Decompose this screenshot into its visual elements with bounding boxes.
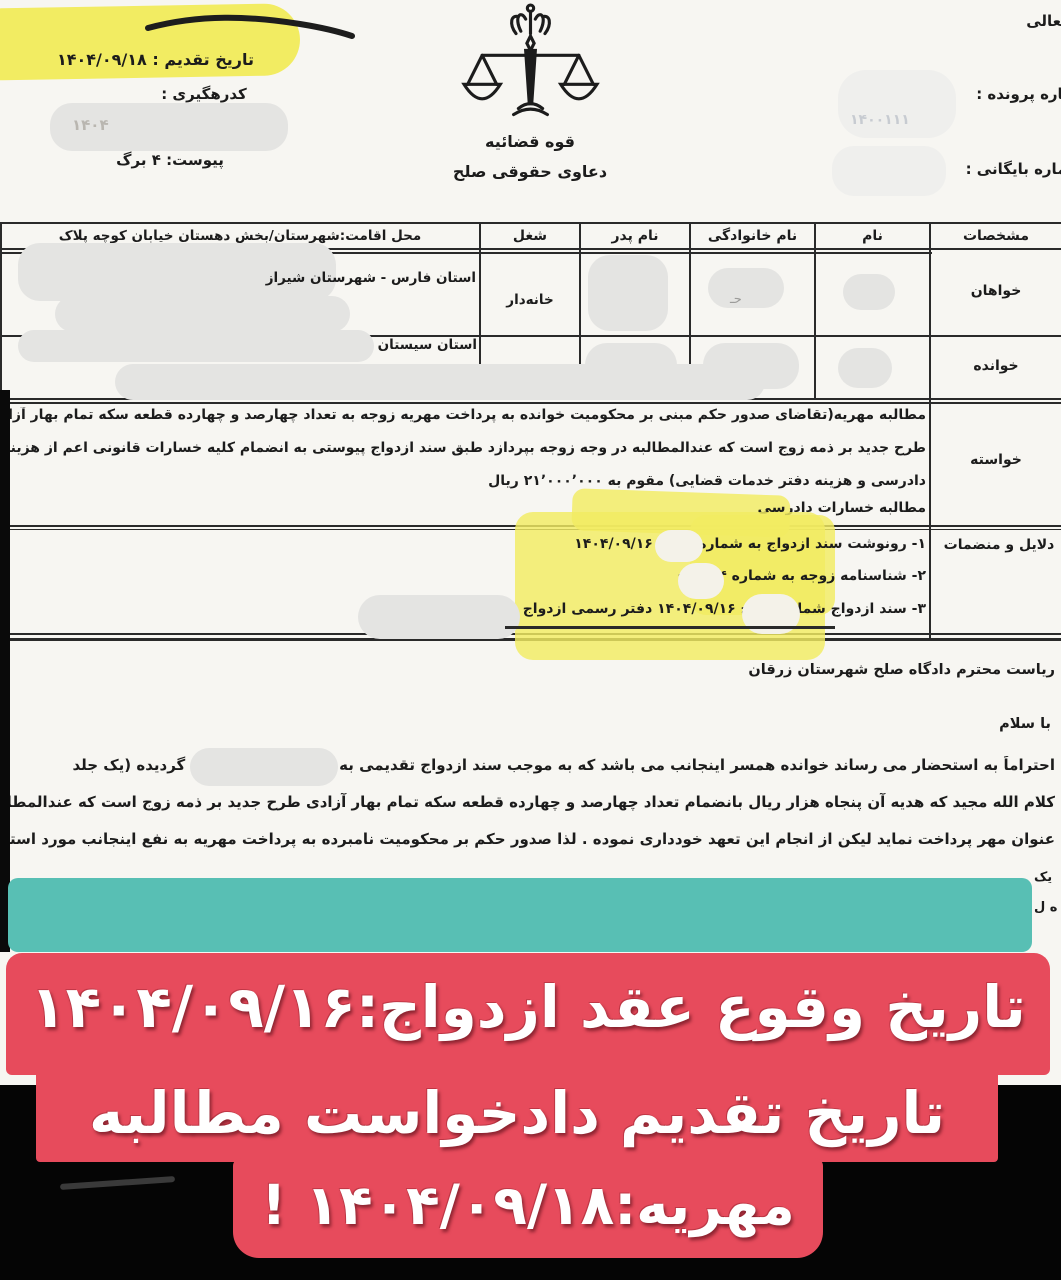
evidence-item-2: ۲- شناسنامه زوجه به شماره ۴ مورخ	[8, 568, 926, 584]
plaintiff-address-redaction-2	[55, 296, 350, 332]
plaintiff-name-redaction	[843, 274, 895, 310]
defendant-address-redaction-2	[115, 364, 765, 400]
claim-line-1: مطالبه مهریه(تقاضای صدور حکم مبنی بر محک…	[8, 407, 926, 423]
plaintiff-label: خواهان	[931, 283, 1061, 299]
left-edge-strip	[0, 390, 10, 952]
evidence-redaction-2	[678, 563, 724, 599]
table-border-row2-2	[0, 402, 1061, 404]
evidence-item-1: ۱- رونوشت سند ازدواج به شماره مورخ ۱۴۰۴/…	[8, 536, 926, 552]
letter-body-line-3: عنوان مهر پرداخت نماید لیکن از انجام این…	[6, 830, 1055, 848]
evidence-label: دلایل و منضمات	[933, 537, 1061, 553]
banner-line-3: مهریه:۱۴۰۴/۰۹/۱۸ !	[233, 1178, 823, 1233]
col-header-specs: مشخصات	[931, 228, 1061, 244]
col-header-first-name: نام	[816, 228, 929, 244]
salutation: ریاست محترم دادگاه صلح شهرستان زرقان	[748, 662, 1055, 678]
table-border-top	[0, 222, 1061, 224]
archive-number-label: شماره بایگانی :	[942, 160, 1061, 178]
judiciary-scales-icon	[458, 2, 603, 128]
teal-redaction-bar	[8, 878, 1032, 952]
attachment-count: پیوست: ۴ برگ	[95, 151, 245, 169]
submit-date: تاریخ تقدیم : ۱۴۰۴/۰۹/۱۸	[48, 50, 263, 69]
scanned-court-petition: تاریخ تقدیم : ۱۴۰۴/۰۹/۱۸ کدرهگیری : ۱۴۰۴…	[0, 0, 1061, 1280]
evidence-redaction-1	[655, 530, 703, 562]
letter-body-line-2: کلام الله مجید که هدیه آن پنجاه هزار ریا…	[6, 793, 1055, 811]
defendant-name-redaction	[838, 348, 892, 388]
evidence-underline	[505, 626, 835, 629]
tracking-code-label: کدرهگیری :	[148, 85, 260, 103]
defendant-address-redaction-1	[18, 330, 374, 362]
org-name: قوه قضائیه	[430, 132, 630, 151]
case-number-faint-digits: ۱۴۰۰۱۱۱	[850, 112, 910, 128]
col-header-address: محل اقامت:شهرستان/بخش دهستان خیابان کوچه…	[2, 228, 478, 244]
col-header-last-name: نام خانوادگی	[691, 228, 814, 244]
plaintiff-father-redaction	[588, 255, 668, 331]
case-number-label: شماره پرونده :	[948, 85, 1061, 103]
plaintiff-address: استان فارس - شهرستان شیراز	[240, 270, 476, 286]
col-header-father-name: نام پدر	[581, 228, 689, 244]
edge-fragment-1: یک	[1034, 870, 1052, 885]
claim-label: خواسته	[931, 452, 1061, 468]
edge-fragment-2: ه ل	[1034, 900, 1057, 915]
greeting: با سلام	[999, 716, 1051, 732]
bismillah: بسمه تعالی	[982, 12, 1061, 30]
tracking-code-faint-digits: ۱۴۰۴	[72, 116, 109, 134]
banner-line-1: تاریخ وقوع عقد ازدواج:۱۴۰۴/۰۹/۱۶	[6, 978, 1050, 1036]
defendant-address: استان سیستان و	[395, 337, 477, 353]
col-header-job: شغل	[481, 228, 579, 244]
banner-line-2: تاریخ تقدیم دادخواست مطالبه	[36, 1084, 998, 1142]
letter-body-line-1: احتراماً به استحضار می رساند خوانده همسر…	[6, 756, 1055, 774]
plaintiff-job: خانه‌دار	[481, 292, 579, 308]
claim-line-3: دادرسی و هزینه دفتر خدمات قضایی) مقوم به…	[8, 473, 926, 489]
archive-number-redaction	[832, 146, 946, 196]
pen-stroke-mark	[140, 6, 370, 40]
claim-line-2: طرح جدید بر ذمه زوج است که عندالمطالبه د…	[8, 440, 926, 456]
table-vline-name	[814, 222, 816, 400]
plaintiff-family-faint: حـ	[730, 292, 742, 307]
plaintiff-family-redaction	[708, 268, 784, 308]
letter-redaction	[190, 748, 338, 786]
evidence-redaction-4	[358, 595, 520, 639]
defendant-label: خوانده	[931, 358, 1061, 374]
case-type-title: دعاوی حقوقی صلح	[405, 162, 655, 181]
